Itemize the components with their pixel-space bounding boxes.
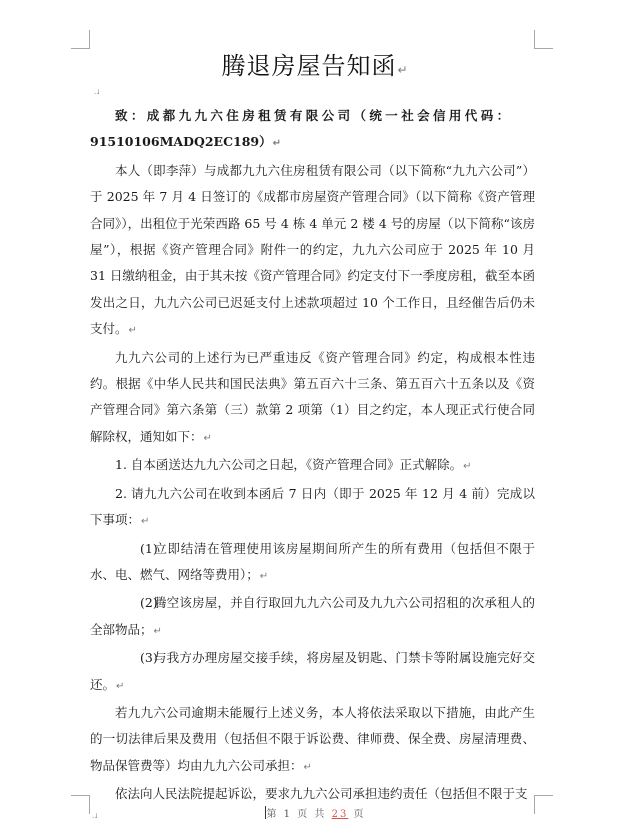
paragraph-mark-icon: ↵ (397, 63, 408, 77)
sub-item-number: (3) (115, 645, 154, 671)
document-body[interactable]: 致：成都九九六住房租赁有限公司（统一社会信用代码： 91510106MADQ2E… (90, 103, 535, 808)
sub-item-number: (2) (115, 590, 154, 616)
paragraph-text: 本人（即李萍）与成都九九六住房租赁有限公司（以下简称“九九六公司”）于 2025… (90, 163, 535, 336)
sub-item-number: (1) (115, 536, 154, 562)
document-title[interactable]: 腾退房屋告知函↵ (0, 50, 630, 86)
paragraph-text: 若九九六公司逾期未能履行上述义务，本人将依法采取以下措施，由此产生的一切法律后果… (90, 705, 535, 773)
paragraph-mark-icon: ↵ (141, 516, 149, 527)
page-number-label: 第 1 页 共 (267, 809, 332, 820)
credit-code-text: 91510106MADQ2EC189） (90, 134, 272, 149)
addressee-text: 致：成都九九六住房租赁有限公司（统一社会信用代码： (115, 108, 513, 123)
paragraph-mark-icon: ↵ (129, 325, 137, 336)
paragraph-mark-icon: ↵ (116, 681, 124, 692)
paragraph-mark-icon: ↵ (273, 138, 281, 149)
paragraph-mark-icon: ↵ (304, 762, 312, 773)
closing-paragraph-1: 若九九六公司逾期未能履行上述义务，本人将依法采取以下措施，由此产生的一切法律后果… (90, 700, 535, 781)
closing-paragraph-2: 依法向人民法院提起诉讼，要求九九六公司承担违约责任（包括但不限于支 (90, 781, 535, 807)
body-paragraph-1: 本人（即李萍）与成都九九六住房租赁有限公司（以下简称“九九六公司”）于 2025… (90, 158, 535, 345)
credit-code-line: 91510106MADQ2EC189）↵ (90, 129, 535, 157)
notice-item-2: 2. 请九九六公司在收到本函后 7 日内（即于 2025 年 12 月 4 前）… (90, 481, 535, 536)
paragraph-text: 依法向人民法院提起诉讼，要求九九六公司承担违约责任（包括但不限于支 (115, 786, 528, 801)
document-title-text: 腾退房屋告知函 (221, 52, 396, 80)
sub-item-3: (3)与我方办理房屋交接手续，将房屋及钥匙、门禁卡等附属设施完好交还。↵ (90, 645, 535, 700)
body-paragraph-2: 九九六公司的上述行为已严重违反《资产管理合同》约定，构成根本性违约。根据《中华人… (90, 345, 535, 453)
paragraph-text: 2. 请九九六公司在收到本函后 7 日内（即于 2025 年 12 月 4 前）… (90, 486, 535, 527)
margin-corner-mark-top-right (534, 30, 553, 49)
paragraph-mark-icon: ↵ (260, 571, 268, 582)
page-suffix-label: 页 (348, 809, 365, 820)
paragraph-text: 九九六公司的上述行为已严重违反《资产管理合同》约定，构成根本性违约。根据《中华人… (90, 350, 535, 444)
addressee-line: 致：成都九九六住房租赁有限公司（统一社会信用代码： (90, 103, 535, 129)
text-cursor (265, 806, 266, 819)
sub-item-1: (1)立即结清在管理使用该房屋期间所产生的所有费用（包括但不限于水、电、燃气、网… (90, 536, 535, 591)
sub-item-text: 立即结清在管理使用该房屋期间所产生的所有费用（包括但不限于水、电、燃气、网络等费… (90, 541, 535, 582)
paragraph-mark-icon: ↵ (154, 626, 162, 637)
total-pages-field[interactable]: 23 (332, 809, 349, 820)
sub-item-2: (2)腾空该房屋，并自行取回九九六公司及九九六公司招租的次承租人的全部物品；↵ (90, 590, 535, 645)
notice-item-1: 1. 自本函送达九九六公司之日起，《资产管理合同》正式解除。↵ (90, 452, 535, 480)
paragraph-mark-icon: ↵ (204, 433, 212, 444)
paragraph-text: 1. 自本函送达九九六公司之日起，《资产管理合同》正式解除。 (115, 457, 462, 472)
paragraph-mark-icon: ↵ (463, 461, 471, 472)
empty-paragraph-mark-icon: .˩ (94, 88, 100, 96)
margin-corner-mark-top-left (71, 30, 90, 49)
page-footer[interactable]: 第 1 页 共 23 页 (0, 805, 630, 820)
